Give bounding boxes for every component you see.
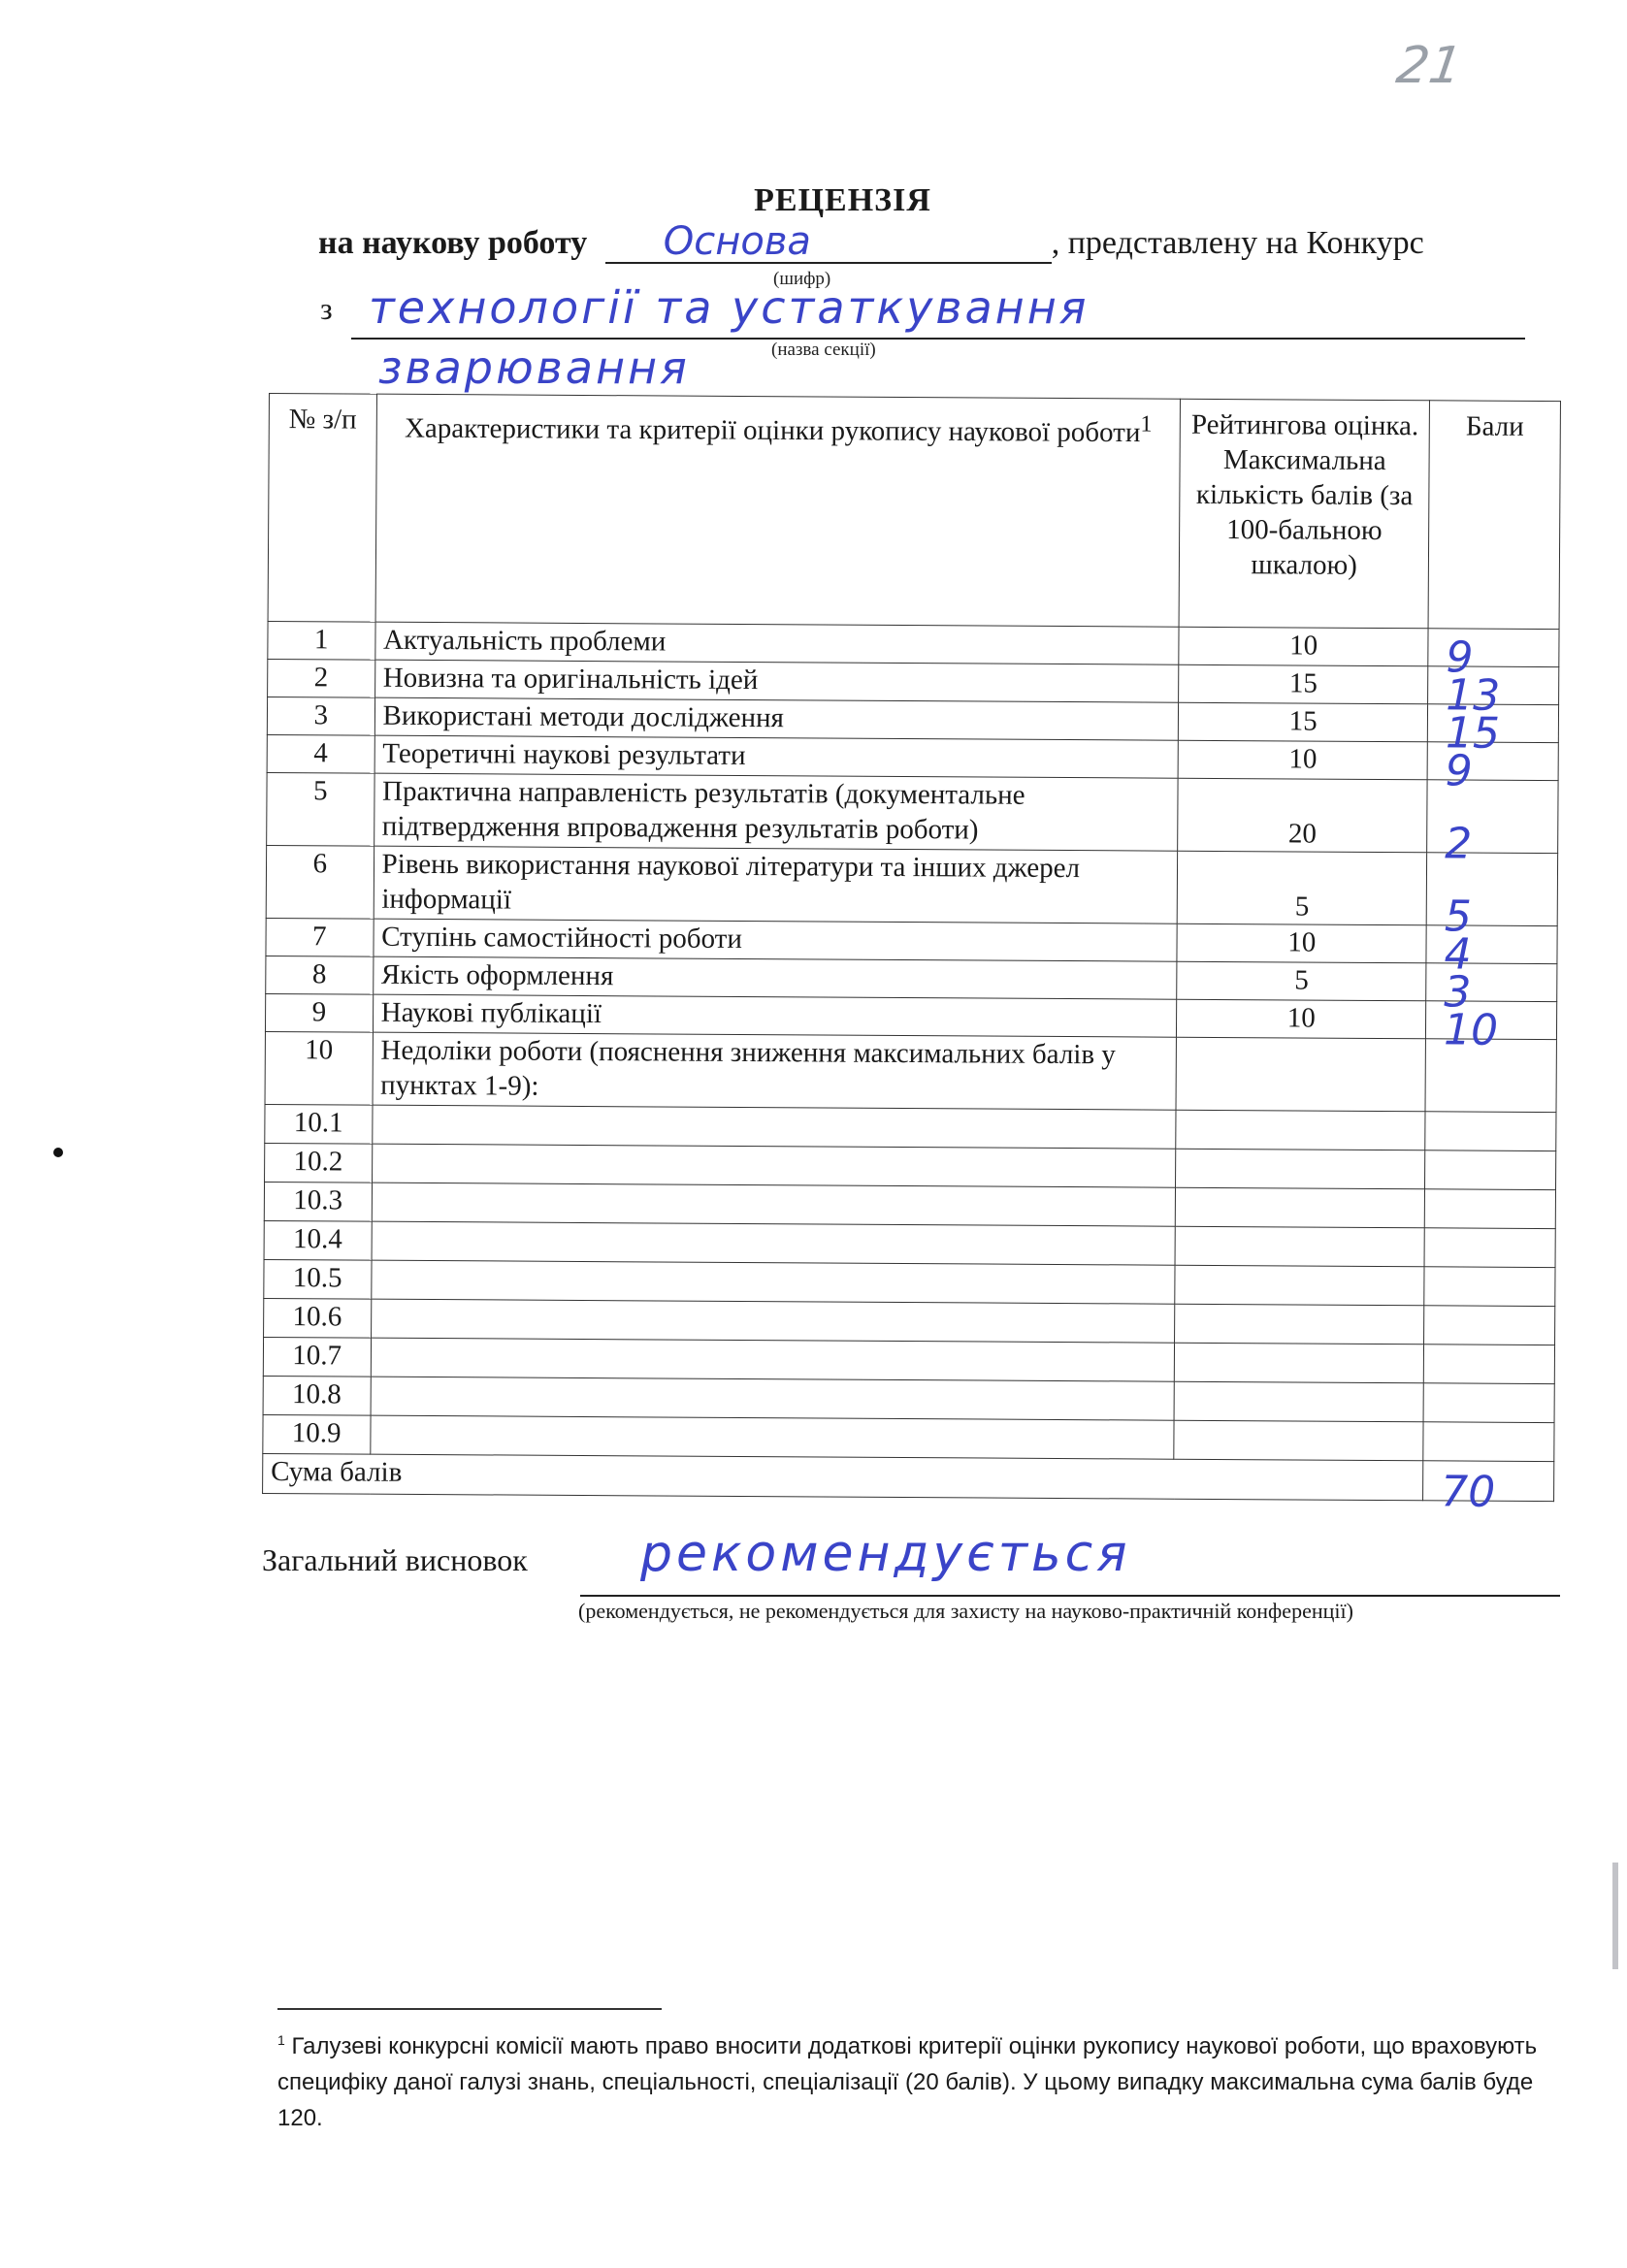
conclusion-caption: (рекомендується, не рекомендується для з… [578,1599,1353,1624]
footnote-text: Галузеві конкурсні комісії мають право в… [277,2033,1537,2131]
table-header-row: № з/п Характеристики та критерії оцінки … [268,394,1560,630]
footnote-divider [277,2008,662,2010]
row-score-cell[interactable]: 9 [1427,742,1558,781]
subrow-max-cell[interactable] [1174,1381,1423,1422]
subrow-number: 10.3 [264,1182,372,1221]
subrow-number: 10.9 [263,1414,371,1454]
subrow-text-cell[interactable] [372,1221,1176,1265]
row-score-cell[interactable]: 15 [1427,704,1558,743]
subrow-max-cell[interactable] [1176,1149,1425,1189]
scan-speck [53,1148,63,1157]
row-number: 2 [268,659,375,697]
row-number: 5 [267,772,374,846]
header-max-score: Рейтингова оцінка. Максимальна кількість… [1179,399,1429,629]
work-cipher-line: на наукову роботу Основа, представлену н… [318,225,1424,264]
footnote-mark: 1 [277,2032,285,2048]
row-max-score: 20 [1178,778,1427,853]
row-score-cell[interactable] [1425,1039,1556,1113]
header-criteria-text: Характеристики та критерії оцінки рукопи… [405,413,1141,449]
row-criterion: Теоретичні наукові результати [374,735,1179,778]
subrow-max-cell[interactable] [1176,1187,1425,1228]
row-max-score: 15 [1179,702,1428,742]
subrow-text-cell[interactable] [371,1377,1175,1420]
row-max-score [1176,1037,1425,1112]
subrow-max-cell[interactable] [1176,1110,1425,1150]
row-number: 3 [267,697,374,735]
subrow-max-cell[interactable] [1175,1265,1424,1306]
row-criterion: Рівень використання наукової літератури … [374,846,1178,923]
work-label: на наукову роботу [318,225,587,261]
cipher-value: Основа [664,219,811,264]
conclusion-value: рекомендується [640,1525,1131,1583]
subrow-score-cell[interactable] [1423,1383,1554,1423]
subrow-number: 10.2 [265,1143,373,1183]
subrow-score-cell[interactable] [1424,1228,1555,1268]
row-score-cell[interactable]: 3 [1426,963,1557,1002]
subrow-number: 10.6 [264,1298,372,1338]
contest-label: , представлену на Конкурс [1052,225,1424,261]
row-score-cell[interactable]: 13 [1428,666,1559,705]
section-caption: (назва секції) [771,340,876,361]
row-criterion: Практична направленість результатів (док… [374,773,1178,851]
section-field[interactable] [351,338,1525,340]
document-title: РЕЦЕНЗІЯ [0,182,1627,219]
row-score-cell[interactable]: 4 [1426,925,1557,964]
section-prefix: з [320,291,333,327]
subrow-number: 10.7 [263,1337,371,1377]
row-max-score: 15 [1179,664,1428,704]
table-row: 5Практична направленість результатів (до… [267,772,1558,853]
row-max-score: 10 [1178,740,1427,780]
subrow-text-cell[interactable] [372,1144,1176,1187]
row-number: 1 [268,621,375,660]
conclusion-label: Загальний висновок [262,1542,528,1578]
row-criterion: Ступінь самостійності роботи [374,919,1178,961]
section-value-line1: технології та устаткування [369,281,1089,334]
subrow-max-cell[interactable] [1175,1226,1424,1267]
sum-value: 70 [1441,1474,1495,1509]
footnote-ref: 1 [1140,410,1152,437]
conclusion-field[interactable] [580,1595,1560,1597]
sum-label: Сума балів [263,1453,1423,1500]
subrow-text-cell[interactable] [372,1183,1176,1226]
row-criterion: Актуальність проблеми [374,622,1179,664]
row-number: 10 [265,1031,373,1105]
row-max-score: 10 [1177,923,1426,963]
scan-edge-mark [1612,1863,1618,1969]
row-number: 4 [267,734,374,773]
row-score-cell[interactable]: 5 [1426,853,1557,926]
row-score-cell[interactable]: 9 [1428,629,1559,667]
footnote: 1 Галузеві конкурсні комісії мають право… [277,2023,1568,2136]
row-criterion: Наукові публікації [373,994,1177,1037]
subrow-text-cell[interactable] [370,1415,1174,1459]
row-criterion: Якість оформлення [373,956,1177,999]
row-criterion: Використані методи дослідження [374,697,1179,740]
subrow-text-cell[interactable] [371,1338,1175,1381]
header-criteria: Характеристики та критерії оцінки рукопи… [375,394,1181,627]
sum-row: Сума балів 70 [263,1453,1554,1501]
row-number: 9 [265,993,373,1032]
section-value-line2: зварювання [378,341,690,394]
row-score-cell[interactable]: 10 [1426,1001,1557,1040]
subrow-max-cell[interactable] [1174,1420,1423,1461]
row-number: 8 [266,956,374,994]
subrow-number: 10.4 [264,1220,372,1260]
row-criterion: Новизна та оригінальність ідей [374,660,1179,702]
subrow-score-cell[interactable] [1423,1422,1554,1462]
subrow-score-cell[interactable] [1424,1267,1555,1307]
cipher-field[interactable]: Основа [605,225,1052,264]
subrow-text-cell[interactable] [371,1260,1175,1304]
row-number: 6 [266,845,374,919]
header-score: Бали [1428,401,1560,630]
subrow-score-cell[interactable] [1425,1112,1556,1151]
subrow-number: 10.8 [263,1376,371,1415]
criteria-rows: 1Актуальність проблеми1092Новизна та ори… [265,621,1559,1112]
subrow-text-cell[interactable] [372,1105,1176,1149]
subrow-score-cell[interactable] [1425,1150,1556,1190]
subrow-score-cell[interactable] [1423,1345,1554,1384]
subrow-number: 10.5 [264,1259,372,1299]
row-max-score: 10 [1179,627,1428,666]
subrow-score-cell[interactable] [1424,1189,1555,1229]
row-score-cell[interactable]: 2 [1427,780,1558,854]
row-max-score: 10 [1177,999,1426,1039]
row-max-score: 5 [1177,961,1426,1001]
row-number: 7 [266,918,374,956]
evaluation-table: № з/п Характеристики та критерії оцінки … [262,393,1561,1502]
subrow-max-cell[interactable] [1175,1343,1424,1383]
subrow-score-cell[interactable] [1424,1306,1555,1345]
page-number: 21 [1393,37,1466,95]
subrow-max-cell[interactable] [1175,1304,1424,1345]
subrow-text-cell[interactable] [371,1299,1175,1343]
header-number: № з/п [268,394,376,623]
deficiency-rows: 10.110.210.310.410.510.610.710.810.9 [263,1104,1556,1461]
row-max-score: 5 [1178,851,1427,925]
table-row: 6Рівень використання наукової літератури… [266,845,1557,925]
table-row: 10Недоліки роботи (пояснення зниження ма… [265,1031,1556,1112]
row-criterion: Недоліки роботи (пояснення зниження макс… [373,1032,1177,1110]
sum-cell[interactable]: 70 [1423,1461,1554,1502]
subrow-number: 10.1 [265,1104,373,1144]
